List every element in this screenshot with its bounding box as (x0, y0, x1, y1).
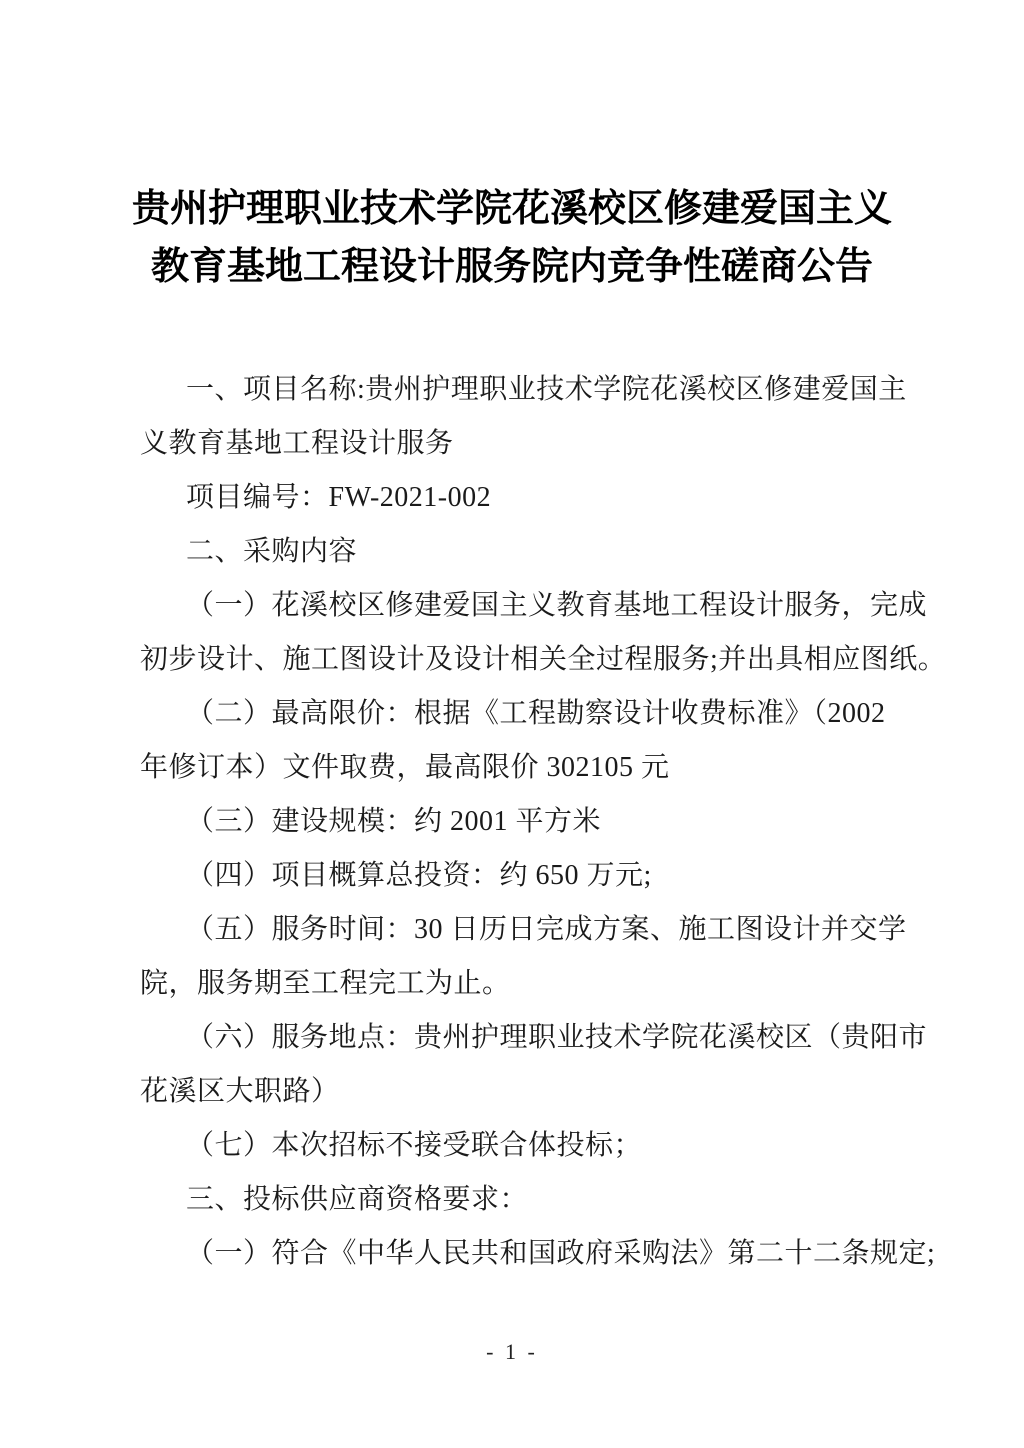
document-line: （二）最高限价：根据《工程勘察设计收费标准》（2002 (140, 687, 915, 741)
document-title: 贵州护理职业技术学院花溪校区修建爱国主义 教育基地工程设计服务院内竞争性磋商公告 (0, 180, 1024, 296)
document-line: （一）花溪校区修建爱国主义教育基地工程设计服务，完成 (140, 579, 915, 633)
page-number: - 1 - (0, 1338, 1024, 1366)
document-line: 花溪区大职路） (140, 1065, 915, 1119)
title-line-1: 贵州护理职业技术学院花溪校区修建爱国主义 (0, 180, 1024, 238)
title-line-2: 教育基地工程设计服务院内竞争性磋商公告 (0, 238, 1024, 296)
document-line: 三、投标供应商资格要求： (140, 1173, 915, 1227)
document-line: （六）服务地点：贵州护理职业技术学院花溪校区（贵阳市 (140, 1011, 915, 1065)
document-line: 义教育基地工程设计服务 (140, 417, 915, 471)
document-line: （七）本次招标不接受联合体投标； (140, 1119, 915, 1173)
document-line: （四）项目概算总投资：约 650 万元; (140, 849, 915, 903)
document-line: （一）符合《中华人民共和国政府采购法》第二十二条规定; (140, 1227, 915, 1281)
document-line: （五）服务时间：30 日历日完成方案、施工图设计并交学 (140, 903, 915, 957)
document-line: 年修订本）文件取费，最高限价 302105 元 (140, 741, 915, 795)
document-line: 项目编号：FW-2021-002 (140, 471, 915, 525)
document-line: 一、项目名称:贵州护理职业技术学院花溪校区修建爱国主 (140, 363, 915, 417)
document-line: 院，服务期至工程完工为止。 (140, 957, 915, 1011)
document-line: 二、采购内容 (140, 525, 915, 579)
document-line: 初步设计、施工图设计及设计相关全过程服务;并出具相应图纸。 (140, 633, 915, 687)
document-line: （三）建设规模：约 2001 平方米 (140, 795, 915, 849)
document-body: 一、项目名称:贵州护理职业技术学院花溪校区修建爱国主义教育基地工程设计服务项目编… (140, 363, 915, 1281)
document-page: 贵州护理职业技术学院花溪校区修建爱国主义 教育基地工程设计服务院内竞争性磋商公告… (0, 0, 1024, 1448)
